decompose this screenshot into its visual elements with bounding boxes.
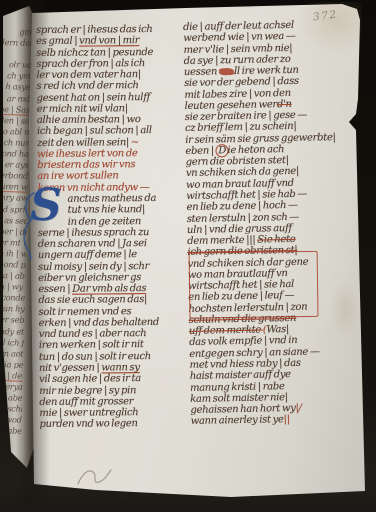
text-line: o abl n: [0, 126, 29, 138]
text-segment: yne | der: [0, 370, 23, 381]
text-segment: es gmal |: [36, 36, 79, 47]
text-segment: das sie euch sagen das|: [38, 294, 147, 306]
text-line: ss n'schl: [0, 403, 22, 415]
text-segment: sul moisy | sein dy | schr: [38, 261, 149, 273]
text-segment: sprach er | ihesus das ich: [36, 24, 153, 36]
text-segment: fru | wy er: [0, 281, 25, 292]
text-segment: eiber vn gleichsner gs: [38, 272, 141, 284]
text-segment: den | so: [0, 115, 30, 126]
text-segment: |/: [295, 403, 301, 414]
red-correction-box: [189, 251, 319, 319]
text-segment: ch ym: [7, 71, 31, 82]
text-line: andy et: [0, 325, 24, 337]
text-segment: briestern das wir vns: [37, 159, 135, 171]
text-segment: Was|: [266, 324, 289, 335]
text-segment: ll ire werk tun: [234, 65, 299, 77]
text-column-right: die | auff der leut achselwerbend wie | …: [183, 19, 345, 427]
text-segment: iren werken | solt ir nit: [39, 340, 144, 352]
text-segment: sprach der fron | als ich: [36, 58, 145, 70]
text-segment: sa wod: [0, 414, 22, 425]
text-segment: rod ich fo: [0, 337, 24, 348]
text-segment: dern das: [0, 37, 32, 48]
text-line: die rabe: [0, 425, 22, 437]
text-segment: den auff mit grosser: [39, 396, 133, 408]
text-line: fru | wy er: [0, 281, 25, 293]
text-line: sia pe: [0, 359, 23, 371]
text-segment: alhie amin bestan | wo: [37, 114, 141, 126]
text-segment: mie | swer untreglich: [39, 407, 138, 419]
text-segment: vaterya: [0, 381, 23, 392]
text-line: sconde: [0, 292, 25, 304]
pen-squiggle: [74, 458, 114, 492]
text-segment: ~: [129, 137, 139, 148]
text-segment: ss n'schl: [0, 403, 22, 414]
text-segment: tut vns hie kund|: [68, 204, 145, 216]
text-segment: Sie heto: [257, 234, 295, 246]
text-line: den | so: [0, 115, 30, 127]
text-segment: zeit den willen sein|: [37, 137, 129, 149]
text-segment: sia pe: [0, 359, 23, 370]
text-segment: be | Sas: [0, 104, 30, 115]
text-segment: vnd tund es | aber nach: [39, 328, 147, 340]
text-segment: sconde: [0, 292, 25, 303]
text-segment: ena | ab ch: [0, 270, 26, 281]
text-segment: s red ich vnd der mich: [36, 80, 138, 92]
manuscript-photo: gmdern dasolr vach ymh asyear mdbe | Sas…: [0, 0, 376, 512]
text-line: ach nur: [0, 137, 29, 149]
text-segment: gm: [19, 27, 32, 37]
text-segment: ler von dem vater han|: [36, 69, 141, 81]
text-segment: nun hy: [0, 303, 25, 314]
text-line: ond ha: [0, 148, 29, 160]
text-segment: h asye: [5, 82, 30, 93]
text-segment: ||: [283, 414, 289, 425]
text-line: dern das: [0, 37, 32, 49]
text-line: sa wod: [0, 414, 22, 426]
text-line: h asye: [0, 81, 31, 93]
text-segment: wie ihesus lert von de: [37, 148, 137, 160]
text-segment: er mich nit wil vlan|: [37, 103, 128, 115]
text-line: gm: [0, 26, 32, 38]
text-segment: ungern auff deme | le: [38, 249, 137, 261]
text-segment: Dar vmb als das: [72, 283, 146, 295]
text-segment: wann ainerley ist ye: [191, 414, 284, 427]
text-segment: ar md: [7, 93, 30, 104]
text-segment: ich began | sul schon | all: [37, 125, 152, 137]
text-line: ar md: [0, 93, 30, 105]
text-line: be | Sas: [0, 104, 30, 116]
text-segment: andy et: [0, 326, 24, 337]
text-line: nun hy: [0, 303, 25, 315]
text-segment: ach abe: [0, 392, 22, 403]
text-segment: in den ge zeiten: [68, 216, 141, 228]
text-segment: essen |: [38, 284, 72, 295]
text-segment: erbond: [0, 170, 28, 181]
text-line: ach abe: [0, 392, 22, 404]
text-line: er ays: [0, 159, 29, 171]
text-line: vaterya: [0, 381, 23, 393]
text-line: [0, 48, 31, 60]
text-segment: purden vnd wo legen: [39, 418, 137, 430]
text-line: ch ym: [0, 70, 31, 82]
text-segment: die rabe: [0, 425, 22, 436]
text-segment: anctus matheus da: [67, 193, 156, 205]
text-segment: olr va: [9, 60, 31, 71]
text-segment: uessen: [184, 66, 219, 78]
text-segment: erken | vnd das behaltend: [39, 317, 159, 329]
text-segment: wann sy: [101, 362, 139, 373]
text-segment: ach nur: [0, 137, 29, 148]
text-line: yne | der: [0, 370, 23, 382]
text-line: erbond: [0, 170, 28, 182]
text-segment: tun | do sun | solt ir euch: [39, 351, 151, 363]
text-segment: vnd von | mir: [79, 35, 139, 47]
text-segment: nit v'gessen |: [39, 362, 101, 374]
text-segment: den scharen vnd | Ja sei: [38, 238, 147, 250]
text-line: olr va: [0, 59, 31, 71]
text-segment: mir nie begre | sy pin: [39, 385, 136, 397]
text-segment: er ays: [5, 159, 29, 170]
red-ink-blot: [219, 68, 234, 75]
text-segment: yn aot: [0, 348, 24, 359]
text-segment: d'n: [277, 99, 292, 110]
text-line: yn aot: [0, 348, 24, 360]
text-line: purden vnd wo legen: [39, 418, 187, 431]
text-segment: eben |: [185, 145, 216, 157]
text-segment: ond ha: [2, 148, 29, 159]
text-line: rod ich fo: [0, 337, 24, 349]
text-segment: solt ir nemen vnd es: [38, 306, 131, 318]
text-segment: o abl n: [3, 126, 30, 137]
text-segment: selb nichcz tan | pesunde: [36, 47, 153, 59]
text-line: der seb: [0, 314, 24, 326]
text-line: ena | ab ch: [0, 270, 26, 282]
text-segment: vil sagen hie | des ir ta: [39, 373, 141, 385]
initial-flourish: [20, 190, 38, 262]
text-segment: der seb: [0, 314, 24, 325]
text-segment: ie heton ach: [227, 144, 284, 156]
text-segment: gesent hat on | sein hulff: [37, 92, 150, 104]
